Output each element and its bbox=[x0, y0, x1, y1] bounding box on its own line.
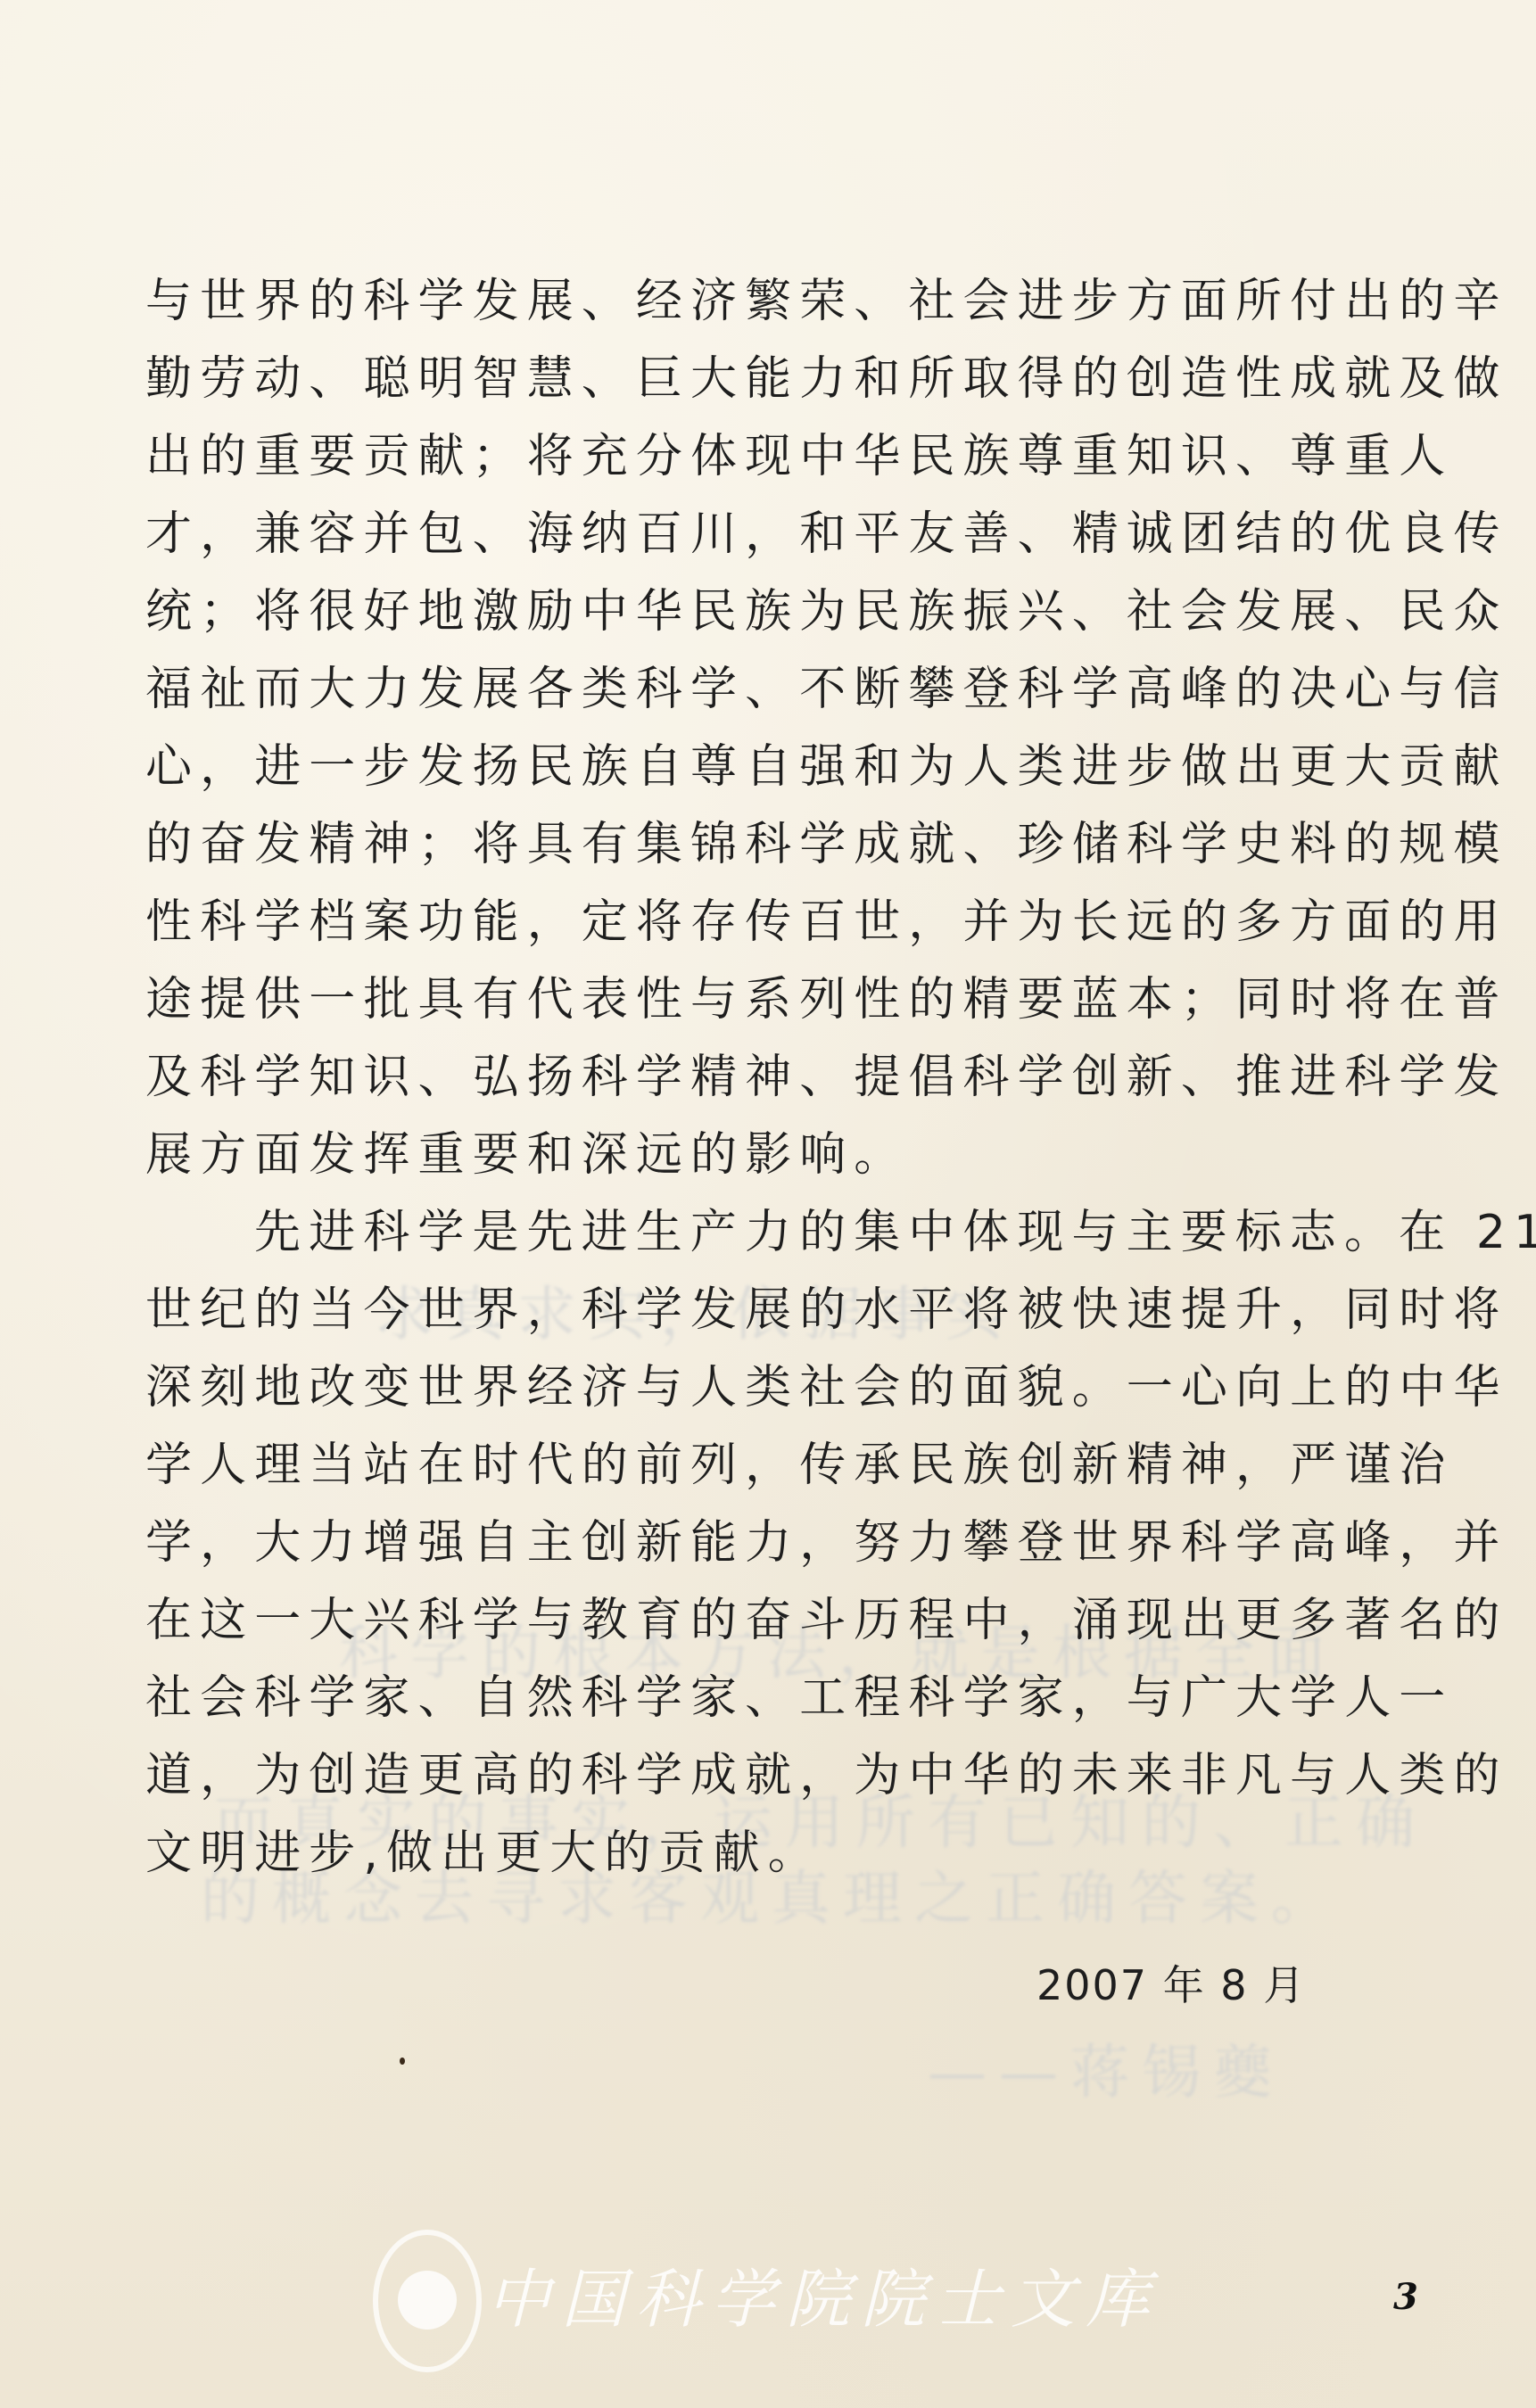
date-signature: 2007 年 8 月 bbox=[1036, 1953, 1306, 2012]
page-number: 3 bbox=[1393, 2276, 1418, 2318]
cas-emblem-icon bbox=[373, 2230, 482, 2372]
text-line: 深刻地改变世界经济与人类社会的面貌。一心向上的中华 bbox=[145, 1349, 1305, 1427]
text-line: 出的重要贡献；将充分体现中华民族尊重知识、尊重人 bbox=[145, 418, 1305, 496]
text-line: 心，进一步发扬民族自尊自强和为人类进步做出更大贡献 bbox=[145, 729, 1305, 806]
text-line: 统；将很好地激励中华民族为民族振兴、社会发展、民众 bbox=[145, 573, 1305, 651]
text-line: 在这一大兴科学与教育的奋斗历程中，涌现出更多著名的 bbox=[145, 1582, 1305, 1660]
body-text: 与世界的科学发展、经济繁荣、社会进步方面所付出的辛 勤劳动、聪明智慧、巨大能力和… bbox=[145, 263, 1305, 1893]
text-line: 先进科学是先进生产力的集中体现与主要标志。在 21 bbox=[145, 1194, 1305, 1272]
series-title-watermark: 中国科学院院士文库 bbox=[486, 2247, 1160, 2340]
text-line: 社会科学家、自然科学家、工程科学家，与广大学人一 bbox=[145, 1660, 1305, 1737]
text-line: 展方面发挥重要和深远的影响。 bbox=[145, 1117, 1305, 1194]
text-line: 文明进步,做出更大的贡献。 bbox=[145, 1815, 1305, 1893]
paragraph-1: 与世界的科学发展、经济繁荣、社会进步方面所付出的辛 勤劳动、聪明智慧、巨大能力和… bbox=[145, 263, 1305, 1194]
text-line: 及科学知识、弘扬科学精神、提倡科学创新、推进科学发 bbox=[145, 1039, 1305, 1117]
text-line: 世纪的当今世界，科学发展的水平将被快速提升，同时将 bbox=[145, 1272, 1305, 1349]
bleed-through-line: ——蒋锡夔 bbox=[928, 2025, 1284, 2109]
text-line: 性科学档案功能，定将存传百世，并为长远的多方面的用 bbox=[145, 884, 1305, 961]
ink-speck bbox=[400, 2058, 405, 2065]
text-line: 才，兼容并包、海纳百川，和平友善、精诚团结的优良传 bbox=[145, 496, 1305, 573]
text-line: 学，大力增强自主创新能力，努力攀登世界科学高峰，并 bbox=[145, 1505, 1305, 1582]
paragraph-2: 先进科学是先进生产力的集中体现与主要标志。在 21 世纪的当今世界，科学发展的水… bbox=[145, 1194, 1305, 1893]
scanned-page: 求真求实，依据事实 科学的根本方法，就是根据全面 而真实的事实，运用所有已知的、… bbox=[0, 0, 1536, 2408]
text-line: 与世界的科学发展、经济繁荣、社会进步方面所付出的辛 bbox=[145, 263, 1305, 341]
flower-emblem-icon bbox=[398, 2271, 457, 2330]
text-line: 道，为创造更高的科学成就，为中华的未来非凡与人类的 bbox=[145, 1737, 1305, 1815]
text-line: 福祉而大力发展各类科学、不断攀登科学高峰的决心与信 bbox=[145, 651, 1305, 729]
text-line: 学人理当站在时代的前列，传承民族创新精神，严谨治 bbox=[145, 1427, 1305, 1505]
text-line: 勤劳动、聪明智慧、巨大能力和所取得的创造性成就及做 bbox=[145, 341, 1305, 418]
text-line: 途提供一批具有代表性与系列性的精要蓝本；同时将在普 bbox=[145, 961, 1305, 1039]
text-line: 的奋发精神；将具有集锦科学成就、珍储科学史料的规模 bbox=[145, 806, 1305, 884]
